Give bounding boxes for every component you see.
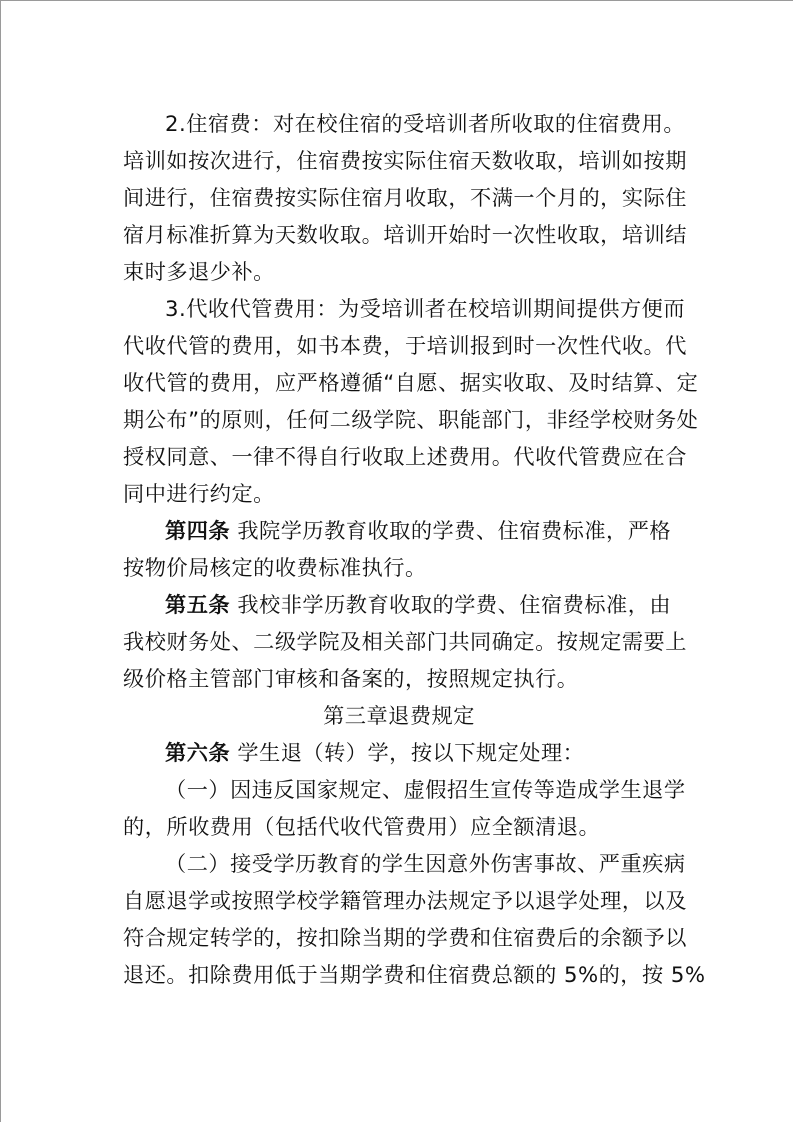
article-label: 第六条: [165, 740, 230, 765]
article-text: 学生退（转）学，按以下规定处理：: [230, 740, 584, 765]
text-line: 级价格主管部门审核和备案的，按照规定执行。: [123, 660, 675, 697]
text-line: 的，所收费用（包括代收代管费用）应全额清退。: [123, 808, 675, 845]
text-line: 按物价局核定的收费标准执行。: [123, 549, 675, 586]
article-label: 第四条: [165, 518, 230, 543]
text-line: 退还。扣除费用低于当期学费和住宿费总额的 5%的，按 5%: [123, 956, 675, 993]
paragraph-article-5: 第五条 我校非学历教育收取的学费、住宿费标准，由 我校财务处、二级学院及相关部门…: [123, 586, 675, 697]
text-line: 宿月标准折算为天数收取。培训开始时一次性收取，培训结: [123, 216, 675, 253]
text-line: 代收代管的费用，如书本费，于培训报到时一次性代收。代: [123, 327, 675, 364]
document-page: 2.住宿费：对在校住宿的受培训者所收取的住宿费用。 培训如按次进行，住宿费按实际…: [123, 105, 675, 993]
text-line: 第六条 学生退（转）学，按以下规定处理：: [123, 734, 675, 771]
article-text: 我校非学历教育收取的学费、住宿费标准，由: [230, 592, 671, 617]
text-line: 第五条 我校非学历教育收取的学费、住宿费标准，由: [123, 586, 675, 623]
paragraph-accommodation-fee: 2.住宿费：对在校住宿的受培训者所收取的住宿费用。 培训如按次进行，住宿费按实际…: [123, 105, 675, 290]
text-line: 培训如按次进行，住宿费按实际住宿天数收取，培训如按期: [123, 142, 675, 179]
article-label: 第五条: [165, 592, 230, 617]
text-line: 同中进行约定。: [123, 475, 675, 512]
text-line: 束时多退少补。: [123, 253, 675, 290]
chapter-heading: 第三章退费规定: [123, 697, 675, 734]
paragraph-article-4: 第四条 我院学历教育收取的学费、住宿费标准，严格 按物价局核定的收费标准执行。: [123, 512, 675, 586]
text-line: 收代管的费用，应严格遵循“自愿、据实收取、及时结算、定: [123, 364, 675, 401]
paragraph-agency-fees: 3.代收代管费用：为受培训者在校培训期间提供方便而 代收代管的费用，如书本费，于…: [123, 290, 675, 512]
article-text: 我院学历教育收取的学费、住宿费标准，严格: [230, 518, 671, 543]
text-line: 符合规定转学的，按扣除当期的学费和住宿费后的余额予以: [123, 919, 675, 956]
text-line: 自愿退学或按照学校学籍管理办法规定予以退学处理，以及: [123, 882, 675, 919]
paragraph-item-1: （一）因违反国家规定、虚假招生宣传等造成学生退学 的，所收费用（包括代收代管费用…: [123, 771, 675, 845]
text-line: 间进行，住宿费按实际住宿月收取，不满一个月的，实际住: [123, 179, 675, 216]
text-line: 第四条 我院学历教育收取的学费、住宿费标准，严格: [123, 512, 675, 549]
text-line: 授权同意、一律不得自行收取上述费用。代收代管费应在合: [123, 438, 675, 475]
text-line: 我校财务处、二级学院及相关部门共同确定。按规定需要上: [123, 623, 675, 660]
text-line: （二）接受学历教育的学生因意外伤害事故、严重疾病: [123, 845, 675, 882]
text-line: （一）因违反国家规定、虚假招生宣传等造成学生退学: [123, 771, 675, 808]
text-line: 期公布”的原则，任何二级学院、职能部门，非经学校财务处: [123, 401, 675, 438]
text-line: 2.住宿费：对在校住宿的受培训者所收取的住宿费用。: [123, 105, 675, 142]
paragraph-item-2: （二）接受学历教育的学生因意外伤害事故、严重疾病 自愿退学或按照学校学籍管理办法…: [123, 845, 675, 993]
text-line: 3.代收代管费用：为受培训者在校培训期间提供方便而: [123, 290, 675, 327]
paragraph-article-6: 第六条 学生退（转）学，按以下规定处理：: [123, 734, 675, 771]
